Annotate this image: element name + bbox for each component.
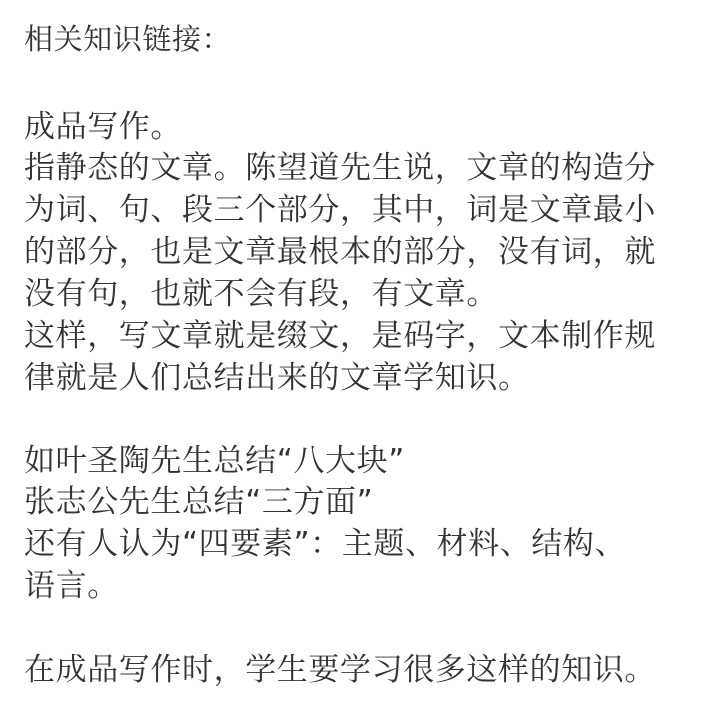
example-line: 还有人认为“四要素”：主题、材料、结构、 <box>24 524 626 564</box>
paragraph-line: 这样，写文章就是缀文，是码字，文本制作规 <box>24 316 656 356</box>
section-title: 成品写作。 <box>24 107 182 147</box>
heading-related-knowledge: 相关知识链接： <box>24 19 231 59</box>
example-line: 如叶圣陶先生总结“八大块” <box>24 441 405 481</box>
paragraph-line: 指静态的文章。陈望道先生说，文章的构造分 <box>24 148 656 188</box>
paragraph-line: 律就是人们总结出来的文章学知识。 <box>24 358 530 398</box>
conclusion-line: 在成品写作时，学生要学习很多这样的知识。 <box>24 650 656 690</box>
paragraph-line: 的部分，也是文章最根本的部分，没有词，就 <box>24 232 656 272</box>
paragraph-line: 没有句，也就不会有段，有文章。 <box>24 274 498 314</box>
example-line: 张志公先生总结“三方面” <box>24 482 373 522</box>
example-line: 语言。 <box>24 566 119 606</box>
paragraph-line: 为词、句、段三个部分，其中，词是文章最小 <box>24 190 656 230</box>
